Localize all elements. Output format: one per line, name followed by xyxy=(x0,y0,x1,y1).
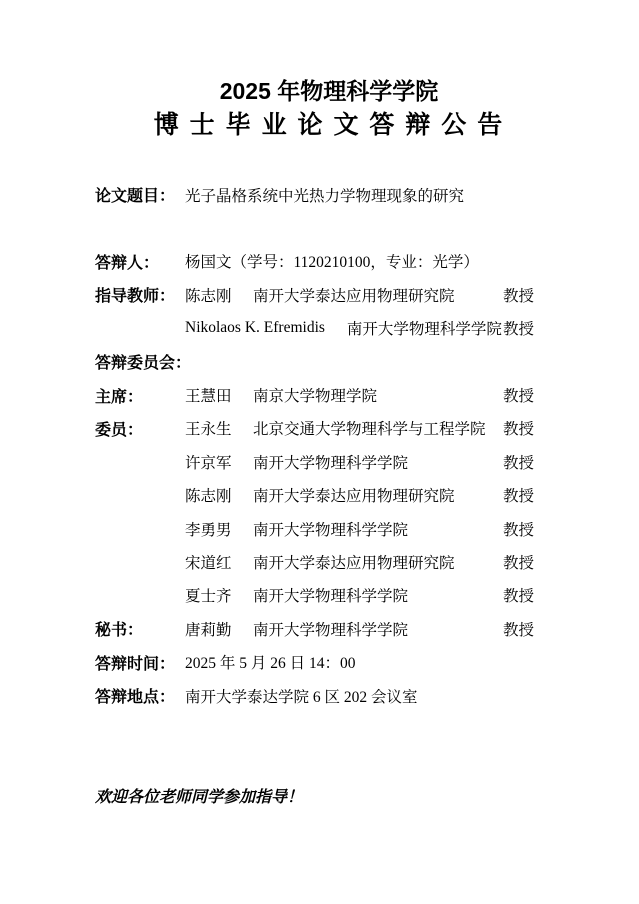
defense-location-value: 南开大学泰达学院 6 区 202 会议室 xyxy=(185,685,541,707)
member-name: 王慧田 xyxy=(185,384,253,406)
member-name: 唐莉勤 xyxy=(185,618,253,640)
member-institution: 南开大学物理科学学院 xyxy=(253,451,503,473)
advisor-institution: 南开大学物理科学学院 xyxy=(347,317,502,339)
member-name: 宋道红 xyxy=(185,551,253,573)
defense-time-row: 答辩时间： 2025 年 5 月 26 日 14：00 xyxy=(95,645,541,678)
professor-title: 教授 xyxy=(503,618,541,640)
professor-title: 教授 xyxy=(503,484,541,506)
thesis-title-value: 光子晶格系统中光热力学物理现象的研究 xyxy=(185,184,541,206)
member-institution: 南京大学物理学院 xyxy=(253,384,503,406)
welcome-row: 欢迎各位老师同学参加指导！ xyxy=(95,779,541,812)
member-institution: 南开大学物理科学学院 xyxy=(253,518,503,540)
member-institution: 南开大学物理科学学院 xyxy=(253,618,503,640)
advisor-row: Nikolaos K. Efremidis 南开大学物理科学学院 教授 xyxy=(95,312,541,345)
committee-row: 秘书： 唐莉勤 南开大学物理科学学院 教授 xyxy=(95,612,541,645)
committee-section-row: 答辩委员会： xyxy=(95,345,541,378)
committee-section-label: 答辩委员会： xyxy=(95,350,191,373)
professor-title: 教授 xyxy=(503,317,541,339)
advisor-label: 指导教师： xyxy=(95,283,185,306)
professor-title: 教授 xyxy=(503,551,541,573)
role-label: 委员： xyxy=(95,417,185,440)
blank-line xyxy=(95,712,541,745)
advisor-name: Nikolaos K. Efremidis xyxy=(185,319,325,337)
advisor-row: 指导教师： 陈志刚 南开大学泰达应用物理研究院 教授 xyxy=(95,278,541,311)
member-name: 王永生 xyxy=(185,417,253,439)
member-institution: 北京交通大学物理科学与工程学院 xyxy=(253,417,503,439)
role-label: 主席： xyxy=(95,384,185,407)
member-name: 夏士齐 xyxy=(185,584,253,606)
professor-title: 教授 xyxy=(503,518,541,540)
defense-announcement-page: 2025 年物理科学学院 博 士 毕 业 论 文 答 辩 公 告 论文题目： 光… xyxy=(0,0,639,904)
announcement-year-title: 2025 年物理科学学院 xyxy=(117,76,541,106)
member-name: 许京军 xyxy=(185,451,253,473)
committee-row: 主席： 王慧田 南京大学物理学院 教授 xyxy=(95,378,541,411)
committee-row: 许京军 南开大学物理科学学院 教授 xyxy=(95,445,541,478)
blank-line xyxy=(95,746,541,779)
committee-row: 宋道红 南开大学泰达应用物理研究院 教授 xyxy=(95,545,541,578)
document-content: 2025 年物理科学学院 博 士 毕 业 论 文 答 辩 公 告 论文题目： 光… xyxy=(95,0,541,812)
professor-title: 教授 xyxy=(503,384,541,406)
committee-row: 李勇男 南开大学物理科学学院 教授 xyxy=(95,512,541,545)
professor-title: 教授 xyxy=(503,417,541,439)
advisor-institution: 南开大学泰达应用物理研究院 xyxy=(253,284,503,306)
thesis-title-label: 论文题目： xyxy=(95,183,185,206)
defender-row: 答辩人： 杨国文（学号：1120210100，专业：光学） xyxy=(95,245,541,278)
member-institution: 南开大学物理科学学院 xyxy=(253,584,503,606)
defender-label: 答辩人： xyxy=(95,250,185,273)
welcome-message: 欢迎各位老师同学参加指导！ xyxy=(95,784,303,807)
blank-line xyxy=(95,211,541,244)
committee-row: 夏士齐 南开大学物理科学学院 教授 xyxy=(95,579,541,612)
thesis-title-row: 论文题目： 光子晶格系统中光热力学物理现象的研究 xyxy=(95,178,541,211)
role-label: 秘书： xyxy=(95,617,185,640)
member-name: 李勇男 xyxy=(185,518,253,540)
professor-title: 教授 xyxy=(503,284,541,306)
member-institution: 南开大学泰达应用物理研究院 xyxy=(253,551,503,573)
defense-time-value: 2025 年 5 月 26 日 14：00 xyxy=(185,651,541,673)
defense-location-row: 答辩地点： 南开大学泰达学院 6 区 202 会议室 xyxy=(95,679,541,712)
member-institution: 南开大学泰达应用物理研究院 xyxy=(253,484,503,506)
defense-time-label: 答辩时间： xyxy=(95,651,185,674)
defense-location-label: 答辩地点： xyxy=(95,684,185,707)
committee-row: 陈志刚 南开大学泰达应用物理研究院 教授 xyxy=(95,479,541,512)
advisor-name: 陈志刚 xyxy=(185,284,253,306)
announcement-main-title: 博 士 毕 业 论 文 答 辩 公 告 xyxy=(117,108,541,142)
committee-row: 委员： 王永生 北京交通大学物理科学与工程学院 教授 xyxy=(95,412,541,445)
announcement-body: 论文题目： 光子晶格系统中光热力学物理现象的研究 答辩人： 杨国文（学号：112… xyxy=(95,178,541,812)
professor-title: 教授 xyxy=(503,584,541,606)
professor-title: 教授 xyxy=(503,451,541,473)
title-block: 2025 年物理科学学院 博 士 毕 业 论 文 答 辩 公 告 xyxy=(95,0,541,142)
member-name: 陈志刚 xyxy=(185,484,253,506)
defender-value: 杨国文（学号：1120210100，专业：光学） xyxy=(185,250,541,272)
